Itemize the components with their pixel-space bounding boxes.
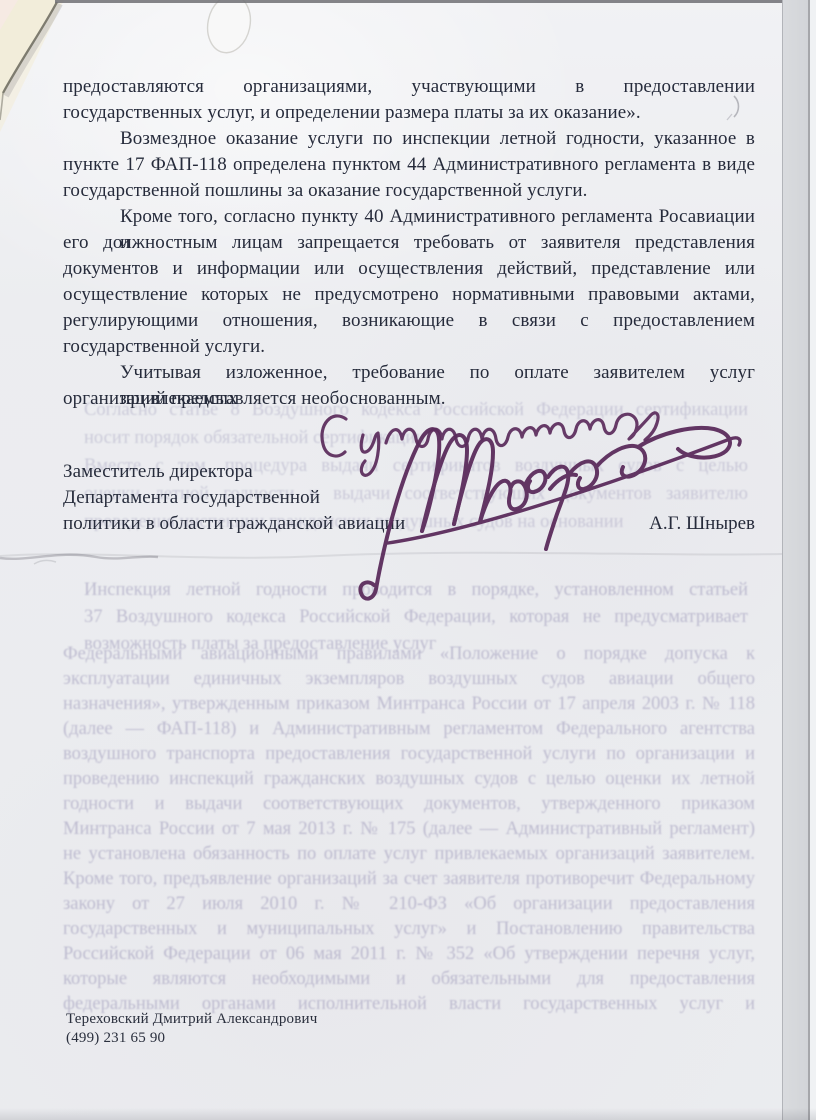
text-line: документов и информации или осуществлени… [63,256,755,282]
text-line: пункте 17 ФАП-118 определена пунктом 44 … [63,152,755,178]
contact-phone: (499) 231 65 90 [66,1029,317,1048]
text-line: его должностным лицам запрещается требов… [63,230,755,256]
scan-edge-bottom [0,1108,816,1120]
paper-crease [0,540,816,574]
position-line: Департамента государственной [63,485,755,511]
bleedthrough-block-3: Федеральными авиационными правилами «Пол… [63,642,755,1017]
bleedthrough-line: назначения», утвержденным приказом Минтр… [63,692,755,717]
signer-name: А.Г. Шнырев [63,511,755,537]
bleedthrough-line: проведению инспекций гражданских воздушн… [63,767,755,792]
text-line: Кроме того, согласно пункту 40 Администр… [63,204,755,230]
text-line: регулирующими отношения, возникающие в с… [63,308,755,334]
bleedthrough-line: носит порядок обязательной сертификации [84,424,748,452]
text-line: государственной пошлины за оказание госу… [63,178,755,204]
scan-edge-right-band [782,0,809,1120]
bleedthrough-line: государственных и муниципальных услуг» и… [63,917,755,942]
bleedthrough-line: Минтранса России от 7 мая 2013 г. № 175 … [63,817,755,842]
text-line: Возмездное оказание услуги по инспекции … [63,126,755,152]
letter-body: предоставляются организациями, участвующ… [63,74,755,412]
text-line: Учитывая изложенное, требование по оплат… [63,360,755,386]
bleedthrough-line: 37 Воздушного кодекса Российской Федерац… [84,604,748,631]
bleedthrough-line: которые являются необходимыми и обязател… [63,967,755,992]
scanned-letter-page: { "colors": { "paper": "#ecedf0", "ink":… [0,0,816,1120]
text-line: осуществление которых не предусмотрено н… [63,282,755,308]
bleedthrough-line: Российской Федерации от 06 мая 2011 г. №… [63,942,755,967]
paper-blemish [196,0,266,62]
contact-name: Тереховский Дмитрий Александрович [66,1010,317,1029]
bleedthrough-line: годности и выдачи соответствующих докуме… [63,792,755,817]
bleedthrough-line: Инспекция летной годности проводится в п… [84,577,748,604]
bleedthrough-line: (далее — ФАП-118) и Административным рег… [63,717,755,742]
scan-edge-top [55,0,792,3]
position-line: Заместитель директора [63,459,755,485]
footer-contact: Тереховский Дмитрий Александрович (499) … [66,1010,317,1048]
bleedthrough-line: не установлена обязанность по оплате усл… [63,842,755,867]
text-line: государственных услуг, и определении раз… [63,100,755,126]
bleedthrough-line: Федеральными авиационными правилами «Пол… [63,642,755,667]
text-line: предоставляются организациями, участвующ… [63,74,755,100]
bleedthrough-line: Кроме того, предъявление организаций за … [63,867,755,892]
bleedthrough-line: воздушного транспорта предоставления гос… [63,742,755,767]
bleedthrough-line: эксплуатации единичных экземпляров возду… [63,667,755,692]
text-line: организаций представляется необоснованны… [63,386,755,412]
text-line: государственной услуги. [63,334,755,360]
bleedthrough-line: закону от 27 июля 2010 г. № 210-ФЗ «Об о… [63,892,755,917]
scan-edge-right [808,0,816,1120]
